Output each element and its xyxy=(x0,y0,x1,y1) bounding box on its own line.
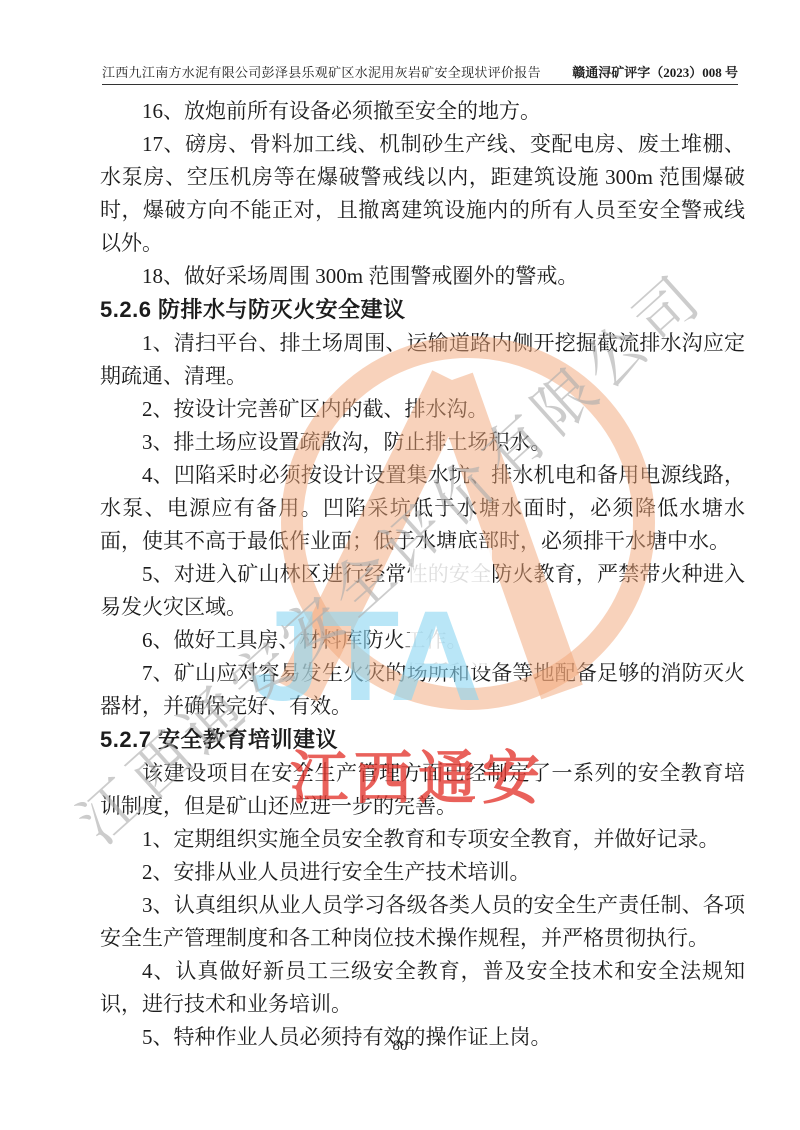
paragraph: 1、清扫平台、排土场周围、运输道路内侧开挖掘截流排水沟应定期疏通、清理。 xyxy=(100,327,745,393)
paragraph: 7、矿山应对容易发生火灾的场所和设备等地配备足够的消防灭火器材，并确保完好、有效… xyxy=(100,657,745,723)
document-page: 江西九江南方水泥有限公司彭泽县乐观矿区水泥用灰岩矿安全现状评价报告 赣通浔矿评字… xyxy=(0,0,800,1130)
paragraph: 16、放炮前所有设备必须撤至安全的地方。 xyxy=(100,95,745,128)
paragraph: 18、做好采场周围 300m 范围警戒圈外的警戒。 xyxy=(100,260,745,293)
header-report-title: 江西九江南方水泥有限公司彭泽县乐观矿区水泥用灰岩矿安全现状评价报告 xyxy=(102,64,541,81)
paragraph: 2、安排从业人员进行安全生产技术培训。 xyxy=(100,856,745,889)
page-footer: 80 xyxy=(0,1038,800,1055)
paragraph: 3、认真组织从业人员学习各级各类人员的安全生产责任制、各项安全生产管理制度和各工… xyxy=(100,889,745,955)
page-number: 80 xyxy=(393,1038,408,1054)
paragraph: 6、做好工具房、材料库防火工作。 xyxy=(100,624,745,657)
paragraph: 2、按设计完善矿区内的截、排水沟。 xyxy=(100,393,745,426)
section-heading: 5.2.7 安全教育培训建议 xyxy=(100,723,745,757)
section-heading: 5.2.6 防排水与防灭火安全建议 xyxy=(100,293,745,327)
paragraph: 3、排土场应设置疏散沟，防止排土场积水。 xyxy=(100,426,745,459)
paragraph: 5、对进入矿山林区进行经常性的安全防火教育，严禁带火种进入易发火灾区域。 xyxy=(100,558,745,624)
document-body: 16、放炮前所有设备必须撤至安全的地方。17、磅房、骨料加工线、机制砂生产线、变… xyxy=(100,95,745,1054)
paragraph: 17、磅房、骨料加工线、机制砂生产线、变配电房、废土堆棚、水泵房、空压机房等在爆… xyxy=(100,128,745,260)
paragraph: 4、凹陷采时必须按设计设置集水坑、排水机电和备用电源线路，水泵、电源应有备用。凹… xyxy=(100,459,745,558)
paragraph: 1、定期组织实施全员安全教育和专项安全教育，并做好记录。 xyxy=(100,823,745,856)
page-header: 江西九江南方水泥有限公司彭泽县乐观矿区水泥用灰岩矿安全现状评价报告 赣通浔矿评字… xyxy=(102,64,738,85)
paragraph: 4、认真做好新员工三级安全教育，普及安全技术和安全法规知识，进行技术和业务培训。 xyxy=(100,955,745,1021)
header-document-code: 赣通浔矿评字（2023）008 号 xyxy=(572,64,738,81)
paragraph: 该建设项目在安全生产管理方面已经制定了一系列的安全教育培训制度，但是矿山还应进一… xyxy=(100,757,745,823)
